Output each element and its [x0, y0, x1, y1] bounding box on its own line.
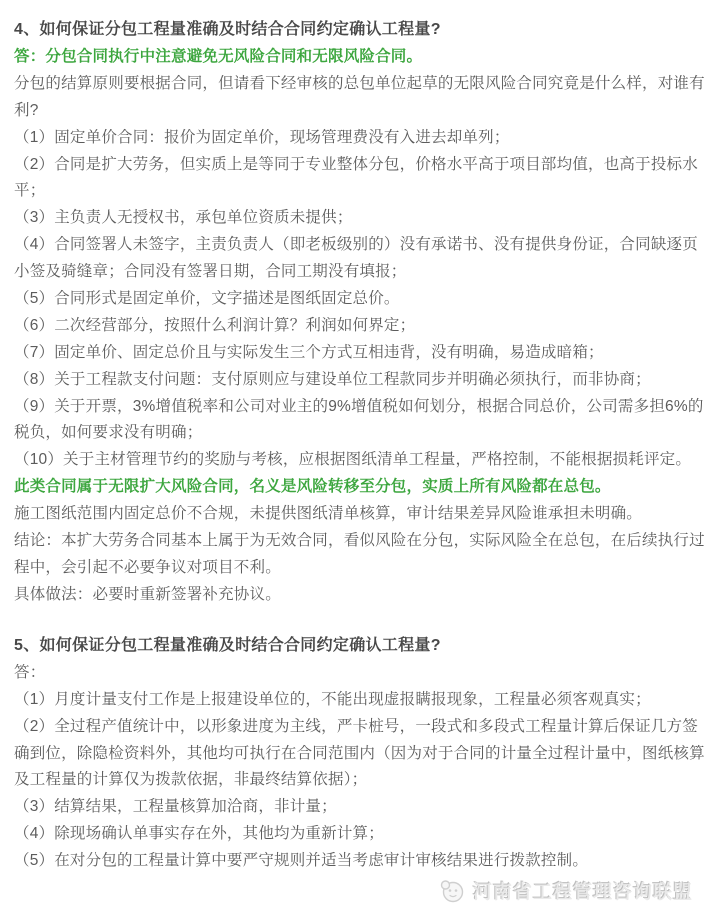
q4-item-3: （3）主负责人无授权书，承包单位资质未提供；: [14, 205, 705, 232]
watermark: 河南省工程管理咨询联盟: [14, 876, 705, 906]
q5-item-1: （1）月度计量支付工作是上报建设单位的，不能出现虚报瞒报现象，工程量必须客观真实…: [14, 687, 705, 714]
q4-item-10: （10）关于主材管理节约的奖励与考核，应根据图纸清单工程量，严格控制，不能根据损…: [14, 447, 705, 474]
q4-intro: 分包的结算原则要根据合同，但请看下经审核的总包单位起草的无限风险合同究竟是什么样…: [14, 71, 705, 124]
q5-item-5: （5）在对分包的工程量计算中要严守规则并适当考虑审计审核结果进行拨款控制。: [14, 848, 705, 875]
q4-item-5: （5）合同形式是固定单价，文字描述是图纸固定总价。: [14, 286, 705, 313]
q5-item-2: （2）全过程产值统计中，以形象进度为主线，严卡桩号，一段式和多段式工程量计算后保…: [14, 714, 705, 794]
q4-item-6: （6）二次经营部分，按照什么利润计算？利润如何界定；: [14, 313, 705, 340]
q5-heading: 5、如何保证分包工程量准确及时结合合同约定确认工程量?: [14, 633, 705, 660]
q4-item-2: （2）合同是扩大劳务，但实质上是等同于专业整体分包，价格水平高于项目部均值，也高…: [14, 152, 705, 205]
watermark-text: 河南省工程管理咨询联盟: [473, 877, 693, 904]
q4-action: 具体做法：必要时重新签署补充协议。: [14, 582, 705, 609]
q4-item-8: （8）关于工程款支付问题：支付原则应与建设单位工程款同步并明确必须执行，而非协商…: [14, 367, 705, 394]
q4-risk-conclusion: 此类合同属于无限扩大风险合同，名义是风险转移至分包，实质上所有风险都在总包。: [14, 474, 705, 501]
q5-answer-label: 答：: [14, 660, 705, 687]
q4-heading: 4、如何保证分包工程量准确及时结合合同约定确认工程量?: [14, 17, 705, 44]
q4-item-7: （7）固定单价、固定总价且与实际发生三个方式互相违背，没有明确，易造成暗箱；: [14, 340, 705, 367]
q5-item-3: （3）结算结果，工程量核算加洽商，非计量；: [14, 794, 705, 821]
q4-answer-highlight: 答：分包合同执行中注意避免无风险合同和无限风险合同。: [14, 44, 705, 71]
q4-item-1: （1）固定单价合同：报价为固定单价，现场管理费没有入进去却单列；: [14, 125, 705, 152]
q4-item-4: （4）合同签署人未签字，主责负责人（即老板级别的）没有承诺书、没有提供身份证，合…: [14, 232, 705, 285]
q4-item-9: （9）关于开票，3%增值税率和公司对业主的9%增值税如何划分，根据合同总价，公司…: [14, 394, 705, 447]
panda-logo-icon: [439, 877, 466, 904]
q4-conclusion: 结论：本扩大劳务合同基本上属于为无效合同，看似风险在分包，实际风险全在总包，在后…: [14, 528, 705, 581]
q4-note: 施工图纸范围内固定总价不合规，未提供图纸清单核算，审计结果差异风险谁承担未明确。: [14, 501, 705, 528]
q5-item-4: （4）除现场确认单事实存在外，其他均为重新计算；: [14, 821, 705, 848]
article-body: 4、如何保证分包工程量准确及时结合合同约定确认工程量? 答：分包合同执行中注意避…: [0, 0, 719, 906]
